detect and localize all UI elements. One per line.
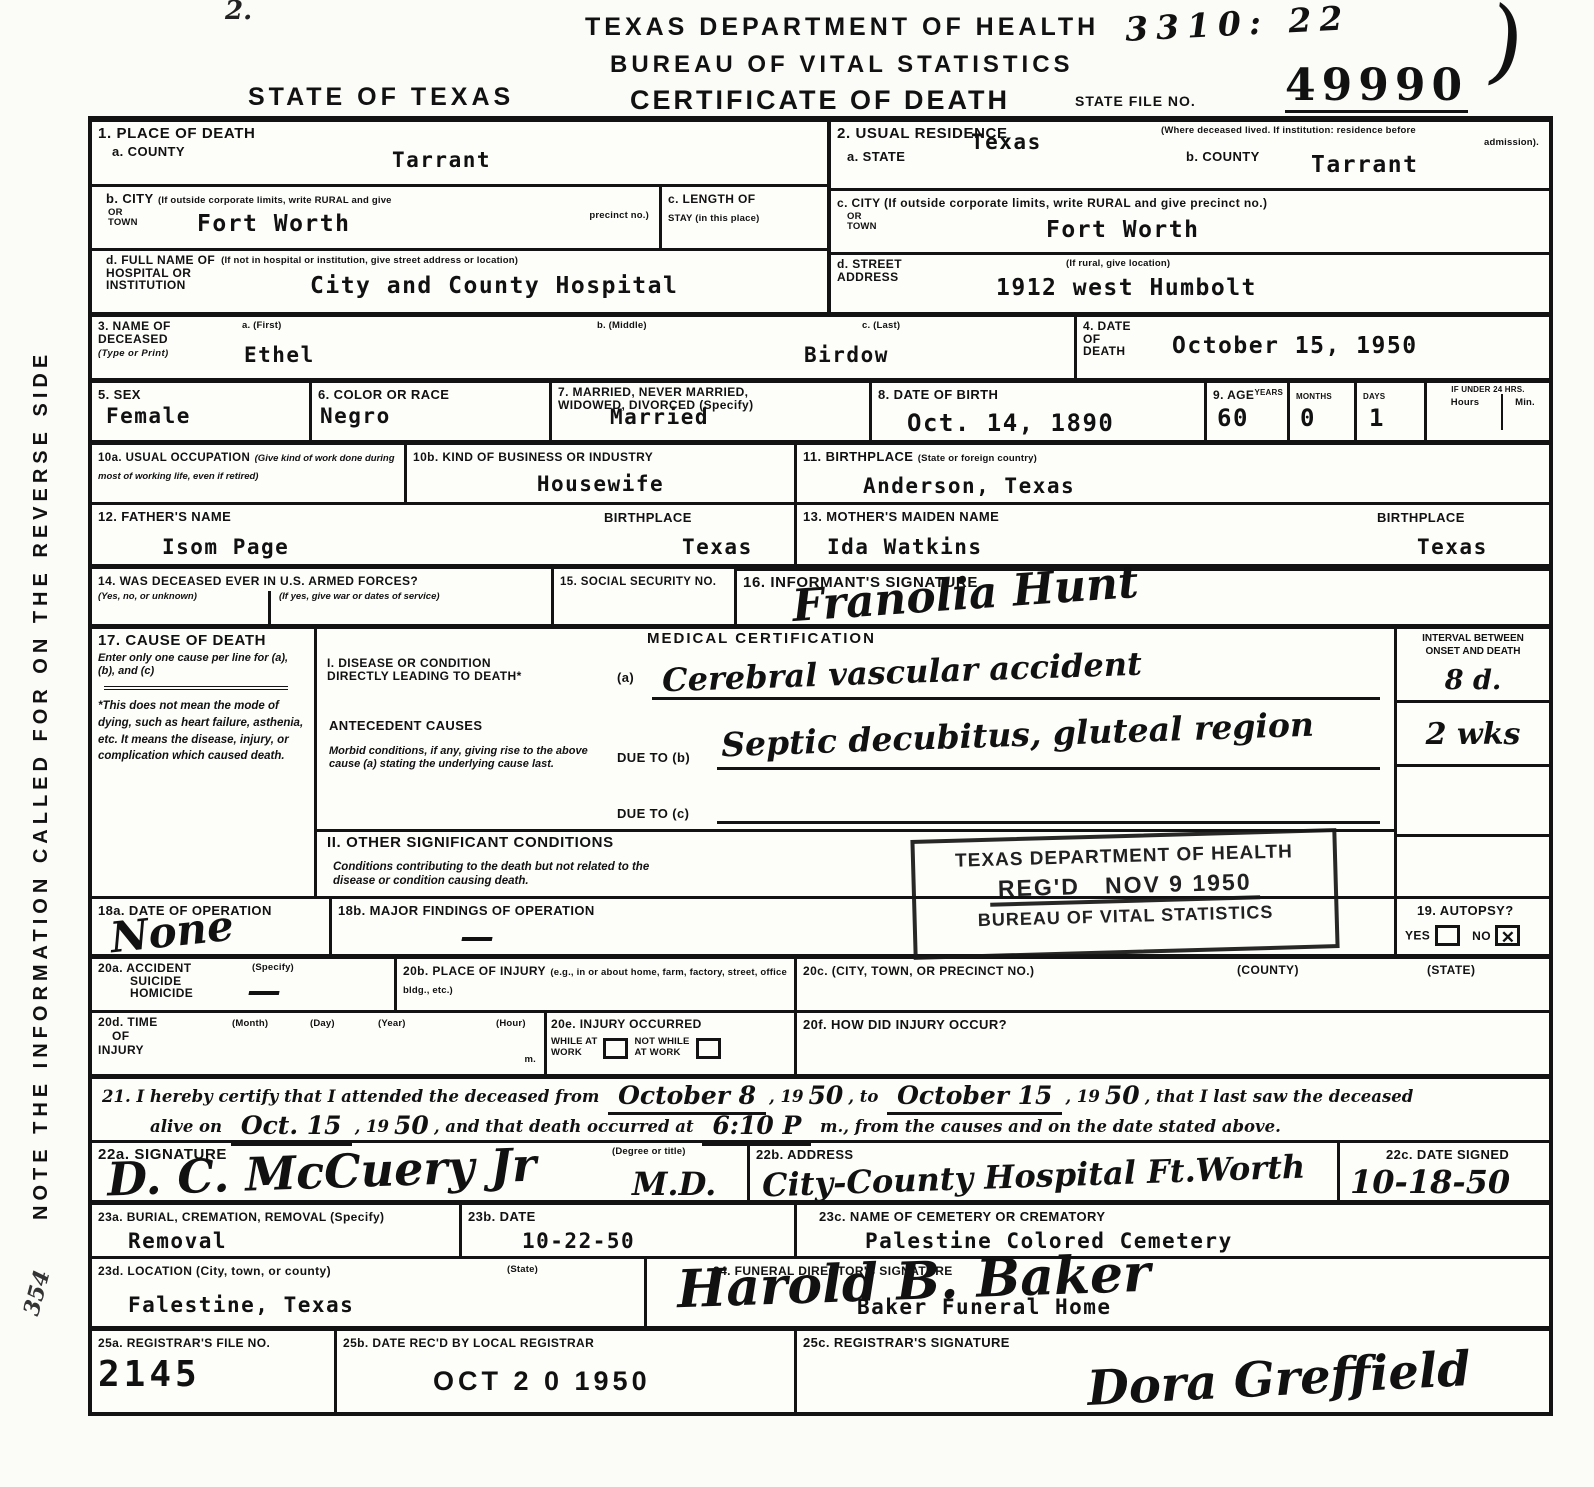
received-stamp-date: REG'D NOV 9 1950: [990, 866, 1261, 907]
line-c-rule: [717, 789, 1380, 824]
first-name-value: Ethel: [244, 343, 315, 367]
field-age-months: MONTHS 0: [1287, 383, 1354, 440]
field-usual-occupation: 10a. USUAL OCCUPATION (Give kind of work…: [92, 445, 404, 502]
interval-c: [1397, 767, 1549, 837]
father-value: Isom Page: [162, 535, 289, 559]
interval-column: INTERVAL BETWEEN ONSET AND DEATH 8 d. 2 …: [1394, 629, 1549, 896]
birthplace-label: 11. BIRTHPLACE: [803, 449, 913, 464]
field-burial-date: 23b. DATE 10-22-50: [459, 1205, 794, 1256]
field-time-of-injury: 20d. TIME OF INJURY (Month) (Day) (Year)…: [92, 1013, 544, 1074]
stray-pen-mark: 2.: [225, 0, 252, 26]
field-age-years: 9. AGE YEARS 60: [1204, 383, 1287, 440]
margin-handwritten-mark: 354: [18, 1267, 55, 1318]
row-registrar: 25a. REGISTRAR'S FILE NO. 2145 25b. DATE…: [92, 1326, 1549, 1412]
field-age-under24: IF UNDER 24 HRS. Hours Min.: [1424, 383, 1549, 440]
other-conditions-label: II. OTHER SIGNIFICANT CONDITIONS: [327, 835, 614, 852]
residence-note2: admission).: [1484, 138, 1539, 149]
burial-value: Removal: [128, 1229, 227, 1253]
name-deceased-label: 3. NAME OF DECEASED (Type or Print): [98, 320, 228, 360]
field-how-injury-occurred: 20f. HOW DID INJURY OCCUR?: [794, 1013, 1549, 1074]
field-place-city: b. CITY (If outside corporate limits, wr…: [92, 184, 827, 248]
row-location-director: 23d. LOCATION (City, town, or county) (S…: [92, 1256, 1549, 1326]
age-label: 9. AGE: [1213, 388, 1254, 402]
burial-date-value: 10-22-50: [522, 1229, 635, 1253]
hospital-value: City and County Hospital: [310, 273, 678, 299]
interval-b: 2 wks: [1397, 703, 1549, 767]
field-ssn: 15. SOCIAL SECURITY NO.: [551, 569, 734, 624]
while-at-work-label: WHILE AT WORK: [551, 1036, 597, 1059]
cause-of-death-notes: 17. CAUSE OF DEATH Enter only one cause …: [92, 629, 314, 896]
hospital-label: d. FULL NAME OF HOSPITAL OR INSTITUTION: [106, 254, 215, 292]
sex-label: 5. SEX: [98, 387, 141, 402]
row-parents: 12. FATHER'S NAME BIRTHPLACE Isom Page T…: [92, 502, 1549, 564]
mother-label: 13. MOTHER'S MAIDEN NAME: [803, 509, 999, 524]
field-date-received: 25b. DATE REC'D BY LOCAL REGISTRAR OCT 2…: [334, 1331, 794, 1412]
received-stamp: TEXAS DEPARTMENT OF HEALTH REG'D NOV 9 1…: [910, 828, 1339, 960]
date-of-death-label: 4. DATE OF DEATH: [1083, 320, 1153, 358]
field-date-of-birth: 8. DATE OF BIRTH Oct. 14, 1890: [869, 383, 1204, 440]
place-of-death-block: 1. PLACE OF DEATH a. COUNTY Tarrant b. C…: [92, 122, 827, 312]
autopsy-label: 19. AUTOPSY?: [1417, 903, 1514, 918]
date-signed-value: 10-18-50: [1350, 1163, 1510, 1201]
department-title: TEXAS DEPARTMENT OF HEALTH: [585, 14, 1099, 42]
age-years-label: YEARS: [1254, 388, 1283, 397]
pen-stroke-mark: ): [1481, 0, 1531, 97]
field-informant-signature: 16. INFORMANT'S SIGNATURE Franolia Hunt: [734, 569, 1549, 624]
field-armed-forces: 14. WAS DECEASED EVER IN U.S. ARMED FORC…: [92, 569, 551, 624]
location-label: 23d. LOCATION (City, town, or county): [98, 1264, 331, 1278]
under24-label: IF UNDER 24 HRS.: [1429, 385, 1547, 394]
antecedent-label: ANTECEDENT CAUSES: [329, 719, 482, 734]
field-date-signed: 22c. DATE SIGNED 10-18-50: [1337, 1143, 1549, 1200]
armed-note1: (Yes, no, or unknown): [98, 591, 268, 625]
field-length-of-stay: c. LENGTH OF STAY (in this place): [659, 187, 827, 248]
field-mother-name: 13. MOTHER'S MAIDEN NAME BIRTHPLACE Ida …: [794, 505, 1549, 564]
date-of-birth-label: 8. DATE OF BIRTH: [878, 387, 998, 402]
autopsy-yes-checkbox: [1435, 925, 1460, 946]
mother-birthplace-label: BIRTHPLACE: [1377, 511, 1465, 526]
father-birthplace-value: Texas: [682, 535, 753, 559]
row-time-of-injury: 20d. TIME OF INJURY (Month) (Day) (Year)…: [92, 1010, 1549, 1074]
field-registrar-signature: 25c. REGISTRAR'S SIGNATURE Dora Greffiel…: [794, 1331, 1549, 1412]
handwritten-code: 3310: 22: [1124, 0, 1351, 49]
year-label: (Year): [378, 1019, 406, 1030]
age-years-value: 60: [1217, 404, 1249, 432]
field-residence-state-county: 2. USUAL RESIDENCE (Where deceased lived…: [831, 122, 1549, 188]
field-date-of-death: 4. DATE OF DEATH October 15, 1950: [1074, 317, 1549, 378]
last-name-value: Birdow: [804, 343, 889, 367]
armed-divider: [268, 591, 271, 625]
burial-label: 23a. BURIAL, CREMATION, REMOVAL (Specify…: [98, 1210, 384, 1224]
field-cemetery-name: 23c. NAME OF CEMETERY OR CREMATORY Pales…: [794, 1205, 1549, 1256]
occupation-label: 10a. USUAL OCCUPATION: [98, 452, 250, 464]
field-name-of-deceased: 3. NAME OF DECEASED (Type or Print) a. (…: [92, 317, 1074, 378]
major-findings-value: —: [460, 917, 494, 957]
autopsy-no-checkbox: ✕: [1495, 925, 1520, 946]
day-label: (Day): [310, 1019, 335, 1030]
burial-date-label: 23b. DATE: [468, 1209, 536, 1224]
field-age-days: DAYS 1: [1354, 383, 1424, 440]
line-a-rule: Cerebral vascular accident: [652, 653, 1380, 700]
interval-a: 8 d.: [1397, 665, 1549, 703]
field-birthplace: 11. BIRTHPLACE (State or foreign country…: [794, 445, 1549, 502]
mother-birthplace-value: Texas: [1417, 535, 1488, 559]
age-months-value: 0: [1300, 404, 1316, 432]
due-to-c-label: DUE TO (c): [617, 807, 689, 822]
field-business-industry: 10b. KIND OF BUSINESS OR INDUSTRY Housew…: [404, 445, 794, 502]
while-at-work-checkbox: [603, 1038, 628, 1059]
registrar-file-value: 2145: [98, 1354, 328, 1395]
city-note: (If outside corporate limits, write RURA…: [158, 195, 392, 206]
death-certificate-scan: NOTE THE INFORMATION CALLED FOR ON THE R…: [0, 0, 1594, 1487]
street-address-note: (If rural, give location): [1066, 259, 1170, 270]
residence-state-value: Texas: [971, 130, 1042, 154]
registrar-signature-label: 25c. REGISTRAR'S SIGNATURE: [803, 1335, 1010, 1350]
marital-label: 7. MARRIED, NEVER MARRIED, WIDOWED, DIVO…: [558, 386, 863, 412]
interval-empty: [1397, 837, 1549, 896]
from-year-fill: 50: [806, 1081, 845, 1112]
field-residence-city: c. CITY (If outside corporate limits, wr…: [831, 188, 1549, 252]
location-state-label: (State): [507, 1265, 538, 1276]
field-injury-city: 20c. (CITY, TOWN, OR PRECINCT NO.) (COUN…: [794, 959, 1549, 1010]
usual-residence-block: 2. USUAL RESIDENCE (Where deceased lived…: [827, 122, 1549, 312]
location-value: Falestine, Texas: [128, 1293, 354, 1317]
father-birthplace-label: BIRTHPLACE: [604, 511, 692, 526]
row-name-deceased: 3. NAME OF DECEASED (Type or Print) a. (…: [92, 312, 1549, 378]
injury-occurred-label: 20e. INJURY OCCURRED: [551, 1017, 702, 1031]
certify-statement: 21. I hereby certify that I attended the…: [92, 1079, 1549, 1140]
row-accident: 20a. ACCIDENT SUICIDE HOMICIDE (Specify)…: [92, 954, 1549, 1010]
age-months-label: MONTHS: [1296, 392, 1332, 401]
industry-value: Housewife: [413, 472, 788, 496]
ssn-label: 15. SOCIAL SECURITY NO.: [560, 576, 716, 588]
field-physician-signature: 22a. SIGNATURE D. C. McCuery Jr (Degree …: [92, 1143, 747, 1200]
cause-divider: [104, 686, 288, 690]
injury-county-label: (COUNTY): [1237, 964, 1299, 977]
field-sex: 5. SEX Female: [92, 383, 309, 440]
birthplace-note: (State or foreign country): [918, 453, 1037, 464]
first-name-label: a. (First): [242, 321, 281, 332]
certificate-title: CERTIFICATE OF DEATH: [630, 86, 1010, 119]
residence-county-label: b. COUNTY: [1186, 150, 1260, 165]
armed-note2: (If yes, give war or dates of service): [279, 591, 440, 625]
place-of-death-title: 1. PLACE OF DEATH: [98, 125, 255, 142]
injury-state-label: (STATE): [1427, 964, 1475, 977]
last-seen-fill: Oct. 15: [231, 1111, 352, 1145]
to-year-fill: 50: [1103, 1081, 1142, 1112]
date-received-label: 25b. DATE REC'D BY LOCAL REGISTRAR: [343, 1336, 594, 1350]
or-town-label: OR TOWN: [108, 208, 653, 228]
field-burial-type: 23a. BURIAL, CREMATION, REMOVAL (Specify…: [92, 1205, 459, 1256]
row-armed-informant: 14. WAS DECEASED EVER IN U.S. ARMED FORC…: [92, 564, 1549, 624]
field-street-address: d. STREET ADDRESS (If rural, give locati…: [831, 252, 1549, 310]
row-burial: 23a. BURIAL, CREMATION, REMOVAL (Specify…: [92, 1200, 1549, 1256]
death-time-fill: 6:10 P: [702, 1111, 811, 1145]
month-label: (Month): [232, 1019, 268, 1030]
other-conditions-note: Conditions contributing to the death but…: [333, 861, 673, 889]
sex-value: Female: [106, 404, 191, 428]
age-days-label: DAYS: [1363, 392, 1385, 401]
county-value: Tarrant: [392, 148, 491, 172]
color-race-value: Negro: [320, 404, 391, 428]
state-file-number: 49990: [1285, 62, 1468, 113]
residence-county-value: Tarrant: [1311, 152, 1418, 178]
cause-a-value: Cerebral vascular accident: [661, 645, 1142, 700]
registrar-file-label: 25a. REGISTRAR'S FILE NO.: [98, 1336, 270, 1350]
armed-forces-label: 14. WAS DECEASED EVER IN U.S. ARMED FORC…: [98, 574, 418, 588]
field-autopsy: 19. AUTOPSY? YES NO ✕: [1394, 899, 1549, 954]
bureau-title: BUREAU OF VITAL STATISTICS: [610, 52, 1074, 78]
injury-city-label: 20c. (CITY, TOWN, OR PRECINCT NO.): [803, 964, 1034, 978]
registrar-signature-value: Dora Greffield: [1086, 1341, 1472, 1417]
minutes-label: Min.: [1503, 394, 1547, 430]
certificate-header: 2. TEXAS DEPARTMENT OF HEALTH BUREAU OF …: [0, 0, 1594, 116]
cause-note: Enter only one cause per line for (a), (…: [98, 652, 308, 678]
place-city-cell: b. CITY (If outside corporate limits, wr…: [92, 187, 659, 248]
last-seen-year-fill: 50: [392, 1111, 431, 1142]
cause-footnote: *This does not mean the mode of dying, s…: [98, 698, 308, 765]
degree-value: M.D.: [632, 1165, 716, 1203]
field-physician-address: 22b. ADDRESS City-County Hospital Ft.Wor…: [747, 1143, 1337, 1200]
birthplace-value: Anderson, Texas: [863, 474, 1543, 498]
field-marital-status: 7. MARRIED, NEVER MARRIED, WIDOWED, DIVO…: [549, 383, 869, 440]
morbid-note: Morbid conditions, if any, giving rise t…: [329, 745, 609, 771]
marital-value: Married: [610, 405, 709, 429]
cause-b-value: Septic decubitus, gluteal region: [721, 705, 1315, 765]
hour-label: (Hour): [496, 1019, 526, 1030]
field-color-race: 6. COLOR OR RACE Negro: [309, 383, 549, 440]
residence-note1: (Where deceased lived. If institution: r…: [1161, 126, 1416, 137]
due-to-b-label: DUE TO (b): [617, 751, 690, 766]
last-name-label: c. (Last): [862, 321, 900, 332]
date-signed-label: 22c. DATE SIGNED: [1386, 1147, 1509, 1162]
middle-name-label: b. (Middle): [597, 321, 647, 332]
row-physician: 22a. SIGNATURE D. C. McCuery Jr (Degree …: [92, 1140, 1549, 1200]
field-place-county: 1. PLACE OF DEATH a. COUNTY Tarrant: [92, 122, 827, 184]
age-days-value: 1: [1369, 404, 1385, 432]
date-received-stamp: OCT 2 0 1950: [433, 1366, 788, 1397]
mother-value: Ida Watkins: [827, 535, 983, 559]
street-address-value: 1912 west Humbolt: [996, 275, 1257, 301]
field-registrar-file-no: 25a. REGISTRAR'S FILE NO. 2145: [92, 1331, 334, 1412]
autopsy-no-label: NO: [1472, 929, 1491, 943]
row-sex-race-age: 5. SEX Female 6. COLOR OR RACE Negro 7. …: [92, 378, 1549, 440]
accident-value: —: [247, 971, 281, 1011]
certificate-form: 1. PLACE OF DEATH a. COUNTY Tarrant b. C…: [88, 116, 1553, 1416]
line-b-rule: Septic decubitus, gluteal region: [717, 715, 1380, 770]
certify-line-2: alive on Oct. 15, 1950, and that death o…: [150, 1111, 1539, 1145]
row-occupation: 10a. USUAL OCCUPATION (Give kind of work…: [92, 440, 1549, 502]
not-while-at-work-checkbox: [696, 1038, 721, 1059]
city-label: b. CITY: [106, 191, 154, 206]
row-certify-statement: 21. I hereby certify that I attended the…: [92, 1074, 1549, 1140]
line-a-label: (a): [617, 671, 634, 686]
city-note2: precinct no.): [589, 211, 649, 222]
father-label: 12. FATHER'S NAME: [98, 509, 231, 524]
medical-certification-title: MEDICAL CERTIFICATION: [647, 631, 876, 648]
residence-city-value: Fort Worth: [1046, 217, 1199, 243]
row-place-residence: 1. PLACE OF DEATH a. COUNTY Tarrant b. C…: [92, 122, 1549, 312]
residence-state-label: a. STATE: [847, 150, 905, 165]
field-date-of-operation: 18a. DATE OF OPERATION None: [92, 899, 329, 954]
field-father-name: 12. FATHER'S NAME BIRTHPLACE Isom Page T…: [92, 505, 794, 564]
not-while-at-work-label: NOT WHILE AT WORK: [634, 1036, 689, 1059]
interval-header: INTERVAL BETWEEN ONSET AND DEATH: [1397, 629, 1549, 665]
disease-condition-label: I. DISEASE OR CONDITION DIRECTLY LEADING…: [327, 657, 522, 683]
length-of-stay-label2: STAY (in this place): [668, 213, 759, 224]
attended-to-fill: October 15: [887, 1081, 1062, 1115]
cause-title: 17. CAUSE OF DEATH: [98, 632, 266, 649]
field-hospital-name: d. FULL NAME OF HOSPITAL OR INSTITUTION …: [92, 248, 827, 306]
date-of-death-value: October 15, 1950: [1172, 333, 1418, 359]
industry-label: 10b. KIND OF BUSINESS OR INDUSTRY: [413, 450, 653, 464]
degree-title-label: (Degree or title): [612, 1147, 686, 1158]
major-findings-label: 18b. MAJOR FINDINGS OF OPERATION: [338, 903, 595, 918]
address-label: 22b. ADDRESS: [756, 1147, 854, 1162]
length-of-stay-label: c. LENGTH OF: [668, 192, 755, 206]
accident-label: 20a. ACCIDENT SUICIDE HOMICIDE: [98, 962, 388, 1000]
place-injury-label: 20b. PLACE OF INJURY: [403, 964, 546, 978]
date-of-birth-value: Oct. 14, 1890: [907, 409, 1114, 437]
state-of-texas: STATE OF TEXAS: [248, 84, 514, 112]
county-label: a. COUNTY: [112, 144, 185, 159]
m-label: m.: [525, 1055, 537, 1066]
how-injury-label: 20f. HOW DID INJURY OCCUR?: [803, 1017, 1007, 1032]
color-race-label: 6. COLOR OR RACE: [318, 387, 449, 402]
field-place-of-injury: 20b. PLACE OF INJURY (e.g., in or about …: [394, 959, 794, 1010]
residence-city-label: c. CITY (If outside corporate limits, wr…: [837, 196, 1267, 210]
field-injury-occurred: 20e. INJURY OCCURRED WHILE AT WORK NOT W…: [544, 1013, 794, 1074]
state-file-no-label: STATE FILE NO.: [1075, 94, 1196, 110]
informant-signature-value: Franolia Hunt: [791, 557, 1140, 632]
field-accident-suicide: 20a. ACCIDENT SUICIDE HOMICIDE (Specify)…: [92, 959, 394, 1010]
field-funeral-director: 24. FUNERAL DIRECTOR'S SIGNATURE Harold …: [644, 1259, 1549, 1326]
field-burial-location: 23d. LOCATION (City, town, or county) (S…: [92, 1259, 644, 1326]
autopsy-yes-label: YES: [1405, 929, 1430, 943]
reverse-side-note: NOTE THE INFORMATION CALLED FOR ON THE R…: [30, 300, 53, 1220]
hours-label: Hours: [1429, 394, 1503, 430]
city-value: Fort Worth: [197, 211, 350, 237]
cemetery-label: 23c. NAME OF CEMETERY OR CREMATORY: [819, 1209, 1105, 1224]
